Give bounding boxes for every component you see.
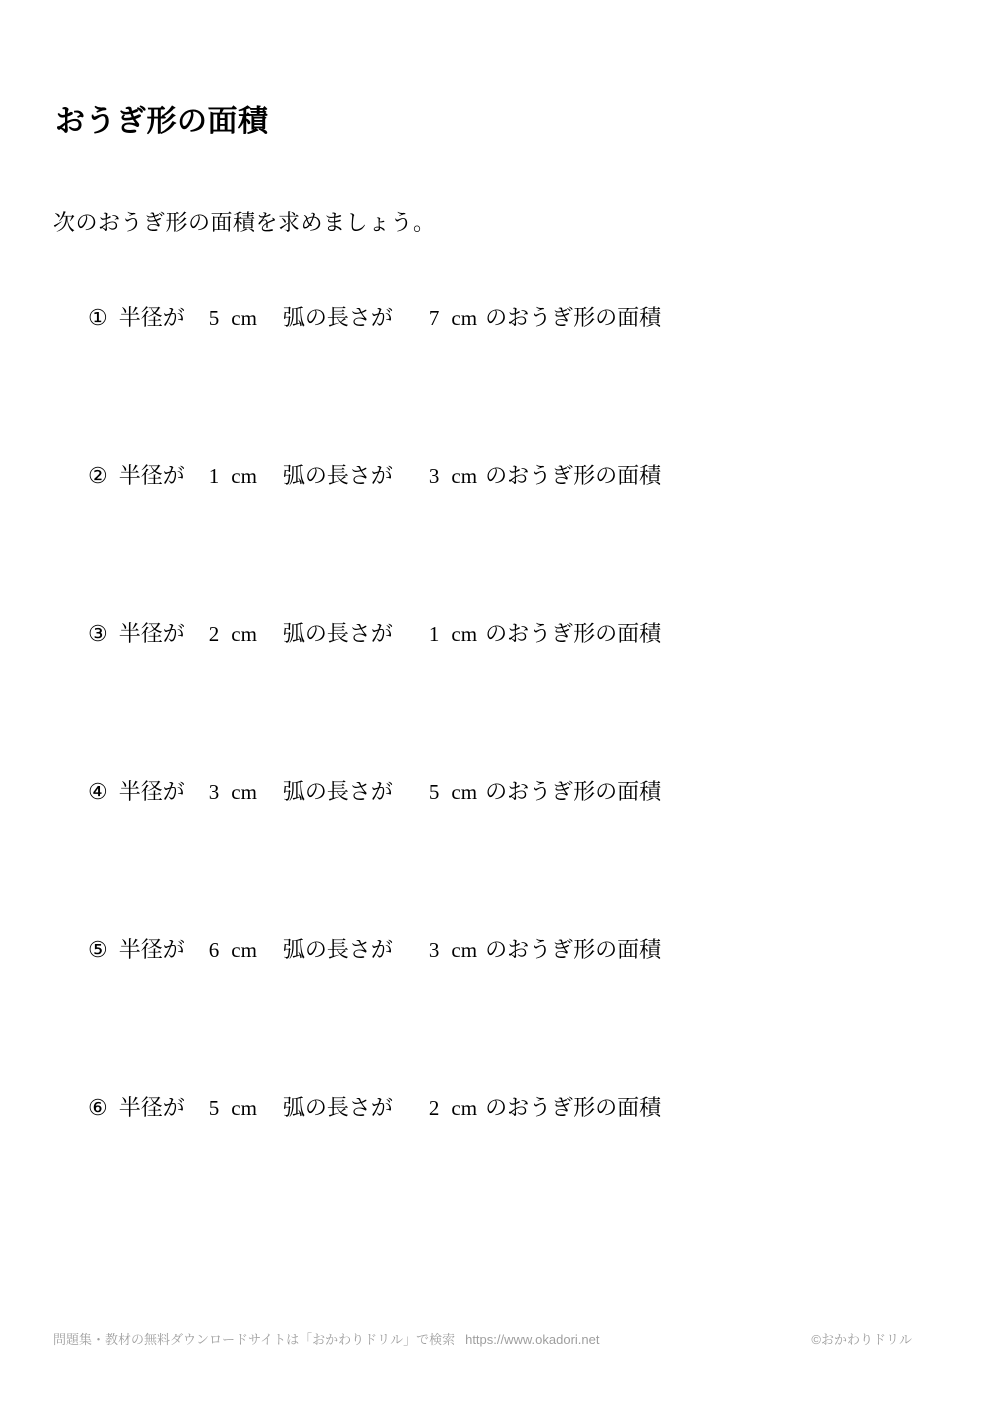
- radius-unit: cm: [231, 935, 257, 965]
- footer-search-text: 問題集・教材の無料ダウンロードサイトは「おかわりドリル」で検索: [53, 1332, 455, 1347]
- radius-label: 半径が: [119, 461, 185, 491]
- arc-value: 3: [429, 461, 440, 491]
- arc-unit: cm: [451, 1093, 477, 1123]
- arc-label: 弧の長さが: [283, 777, 393, 807]
- arc-value: 7: [429, 303, 440, 333]
- radius-label: 半径が: [119, 935, 185, 965]
- question-suffix: のおうぎ形の面積: [485, 619, 661, 649]
- footer-copyright: ©おかわりドリル: [811, 1329, 912, 1348]
- radius-label: 半径が: [119, 619, 185, 649]
- question-suffix: のおうぎ形の面積: [485, 461, 661, 491]
- question-number: ④: [88, 777, 108, 807]
- arc-unit: cm: [451, 935, 477, 965]
- question-suffix: のおうぎ形の面積: [485, 777, 661, 807]
- question-suffix: のおうぎ形の面積: [485, 935, 661, 965]
- question-number: ⑤: [88, 935, 108, 965]
- question-number: ⑥: [88, 1093, 108, 1123]
- question-suffix: のおうぎ形の面積: [485, 303, 661, 333]
- question-row-1: ①半径が5cm弧の長さが7cmのおうぎ形の面積: [88, 303, 1000, 333]
- radius-unit: cm: [231, 619, 257, 649]
- question-list: ①半径が5cm弧の長さが7cmのおうぎ形の面積 ②半径が1cm弧の長さが3cmの…: [88, 303, 1000, 1251]
- arc-label: 弧の長さが: [283, 935, 393, 965]
- question-row-3: ③半径が2cm弧の長さが1cmのおうぎ形の面積: [88, 619, 1000, 649]
- worksheet-page: おうぎ形の面積 次のおうぎ形の面積を求めましょう。 ①半径が5cm弧の長さが7c…: [0, 0, 1000, 1415]
- arc-label: 弧の長さが: [283, 1093, 393, 1123]
- footer-site-info: 問題集・教材の無料ダウンロードサイトは「おかわりドリル」で検索https://w…: [53, 1329, 600, 1348]
- radius-value: 6: [209, 935, 220, 965]
- radius-label: 半径が: [119, 777, 185, 807]
- arc-unit: cm: [451, 303, 477, 333]
- question-number: ①: [88, 303, 108, 333]
- radius-label: 半径が: [119, 303, 185, 333]
- radius-unit: cm: [231, 777, 257, 807]
- radius-value: 3: [209, 777, 220, 807]
- radius-unit: cm: [231, 461, 257, 491]
- radius-unit: cm: [231, 1093, 257, 1123]
- question-row-4: ④半径が3cm弧の長さが5cmのおうぎ形の面積: [88, 777, 1000, 807]
- arc-value: 1: [429, 619, 440, 649]
- radius-value: 2: [209, 619, 220, 649]
- instruction-text: 次のおうぎ形の面積を求めましょう。: [53, 208, 436, 238]
- question-number: ②: [88, 461, 108, 491]
- arc-label: 弧の長さが: [283, 303, 393, 333]
- radius-value: 1: [209, 461, 220, 491]
- question-number: ③: [88, 619, 108, 649]
- arc-value: 3: [429, 935, 440, 965]
- radius-value: 5: [209, 303, 220, 333]
- page-title: おうぎ形の面積: [55, 104, 269, 140]
- arc-value: 5: [429, 777, 440, 807]
- question-row-2: ②半径が1cm弧の長さが3cmのおうぎ形の面積: [88, 461, 1000, 491]
- question-row-5: ⑤半径が6cm弧の長さが3cmのおうぎ形の面積: [88, 935, 1000, 965]
- arc-unit: cm: [451, 461, 477, 491]
- radius-label: 半径が: [119, 1093, 185, 1123]
- footer-url: https://www.okadori.net: [465, 1332, 599, 1347]
- arc-value: 2: [429, 1093, 440, 1123]
- arc-label: 弧の長さが: [283, 461, 393, 491]
- arc-unit: cm: [451, 777, 477, 807]
- radius-value: 5: [209, 1093, 220, 1123]
- arc-label: 弧の長さが: [283, 619, 393, 649]
- question-row-6: ⑥半径が5cm弧の長さが2cmのおうぎ形の面積: [88, 1093, 1000, 1123]
- arc-unit: cm: [451, 619, 477, 649]
- question-suffix: のおうぎ形の面積: [485, 1093, 661, 1123]
- radius-unit: cm: [231, 303, 257, 333]
